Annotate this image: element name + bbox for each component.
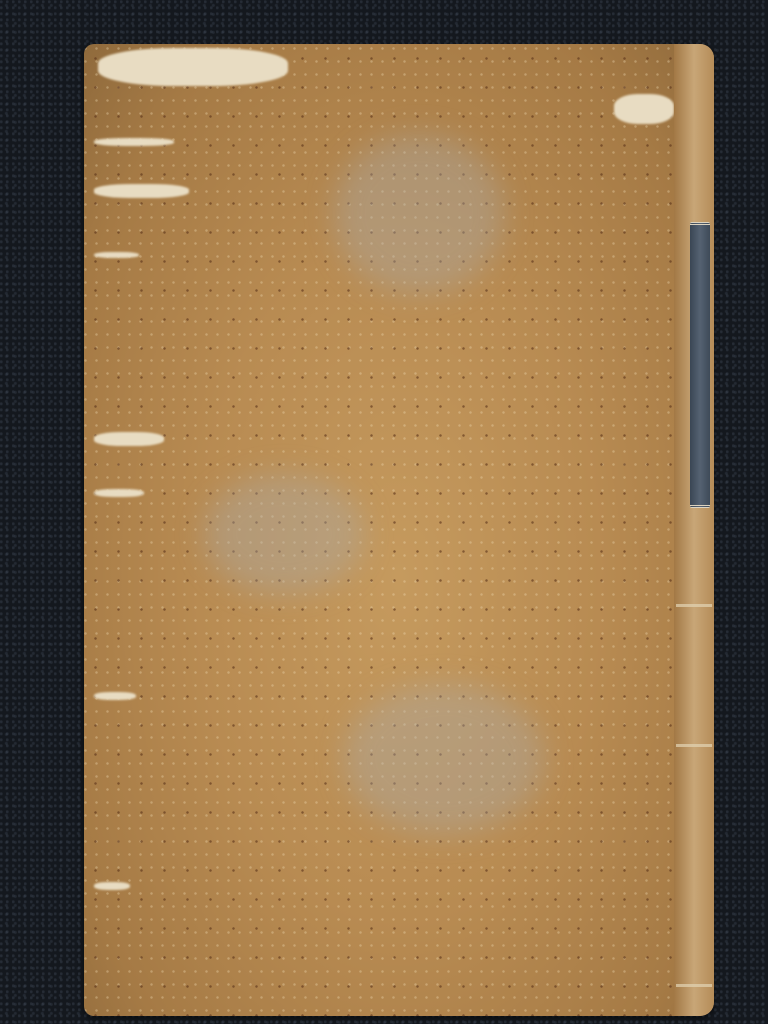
worn-patch xyxy=(94,138,174,146)
water-stain xyxy=(204,474,364,594)
worn-patch xyxy=(94,184,189,198)
worn-patch xyxy=(94,252,139,258)
worn-patch xyxy=(94,692,136,700)
spine-band xyxy=(676,604,712,607)
worn-patch xyxy=(98,48,288,86)
worn-patch xyxy=(94,882,130,890)
worn-patch xyxy=(94,432,164,446)
water-stain xyxy=(344,684,544,834)
spine-edge xyxy=(674,44,714,1016)
spine-band xyxy=(676,744,712,747)
worn-patch xyxy=(614,94,674,124)
spine-band xyxy=(676,984,712,987)
worn-patch xyxy=(94,489,144,497)
water-stain xyxy=(334,134,504,294)
book-back-cover xyxy=(84,44,714,1016)
spine-label xyxy=(690,222,710,508)
